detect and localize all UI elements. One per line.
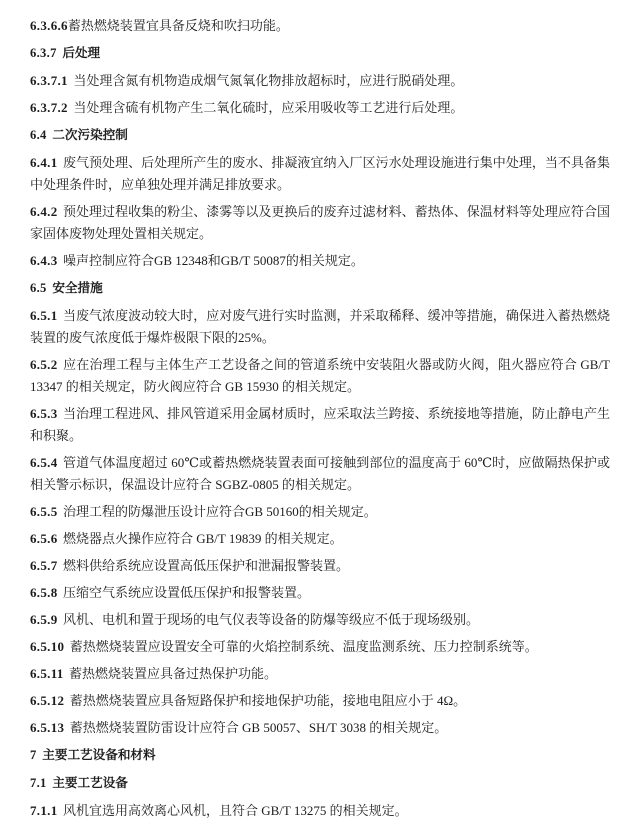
clause-paragraph: 6.3.7.2当处理含硫有机物产生二氧化硫时，应采用吸收等工艺进行后处理。: [30, 97, 610, 119]
clause-text: 压缩空气系统应设置低压保护和报警装置。: [63, 585, 310, 600]
clause-number: 6.3.6.6: [30, 18, 68, 33]
clause-number: 6.4.3: [30, 253, 58, 268]
clause-paragraph: 6.3.7.1当处理含氮有机物造成烟气氮氧化物排放超标时，应进行脱硝处理。: [30, 70, 610, 92]
clause-number: 6.5.4: [30, 455, 58, 470]
clause-number: 6.5.10: [30, 639, 64, 654]
clause-paragraph: 7.1主要工艺设备: [30, 772, 610, 794]
clause-number: 6.4.2: [30, 204, 58, 219]
clause-paragraph: 6.5.8压缩空气系统应设置低压保护和报警装置。: [30, 582, 610, 604]
clause-number: 6.5.5: [30, 504, 58, 519]
clause-number: 6.5.9: [30, 612, 58, 627]
clause-number: 6.5.1: [30, 308, 58, 323]
clause-text: 风机、电机和置于现场的电气仪表等设备的防爆等级应不低于现场级别。: [63, 612, 479, 627]
clause-text: 蓄热燃烧装置宜具备反烧和吹扫功能。: [68, 18, 289, 33]
clause-paragraph: 6.4二次污染控制: [30, 124, 610, 146]
clause-paragraph: 6.5.2应在治理工程与主体生产工艺设备之间的管道系统中安装阻火器或防火阀，阻火…: [30, 354, 610, 398]
clause-number: 6.3.7: [30, 46, 57, 60]
clause-paragraph: 6.5.11蓄热燃烧装置应具备过热保护功能。: [30, 663, 610, 685]
clause-text: 主要工艺设备和材料: [42, 748, 155, 762]
clause-text: 燃料供给系统应设置高低压保护和泄漏报警装置。: [63, 558, 349, 573]
clause-number: 7.1: [30, 776, 47, 790]
clause-list: 6.3.6.6蓄热燃烧装置宜具备反烧和吹扫功能。 6.3.7后处理 6.3.7.…: [30, 15, 610, 822]
clause-number: 6.3.7.2: [30, 100, 68, 115]
clause-number: 6.4.1: [30, 155, 58, 170]
clause-number: 6.5.7: [30, 558, 58, 573]
clause-number: 7: [30, 748, 37, 762]
clause-number: 6.5.11: [30, 666, 64, 681]
clause-paragraph: 6.3.7后处理: [30, 42, 610, 64]
clause-paragraph: 6.5.3当治理工程进风、排风管道采用金属材质时，应采取法兰跨接、系统接地等措施…: [30, 403, 610, 447]
clause-text: 主要工艺设备: [52, 776, 128, 790]
clause-paragraph: 6.5.10蓄热燃烧装置应设置安全可靠的火焰控制系统、温度监测系统、压力控制系统…: [30, 636, 610, 658]
clause-text: 治理工程的防爆泄压设计应符合GB 50160的相关规定。: [63, 504, 377, 519]
clause-text: 当治理工程进风、排风管道采用金属材质时，应采取法兰跨接、系统接地等措施，防止静电…: [30, 406, 610, 443]
clause-paragraph: 6.5.1当废气浓度波动较大时，应对废气进行实时监测，并采取稀释、缓冲等措施，确…: [30, 305, 610, 349]
clause-text: 应在治理工程与主体生产工艺设备之间的管道系统中安装阻火器或防火阀，阻火器应符合 …: [30, 357, 610, 394]
clause-paragraph: 6.5.12蓄热燃烧装置应具备短路保护和接地保护功能，接地电阻应小于 4Ω。: [30, 690, 610, 712]
clause-text: 废气预处理、后处理所产生的废水、排凝液宜纳入厂区污水处理设施进行集中处理，当不具…: [30, 155, 610, 192]
clause-number: 6.5.3: [30, 406, 58, 421]
clause-text: 燃烧器点火操作应符合 GB/T 19839 的相关规定。: [63, 531, 343, 546]
clause-number: 6.5.2: [30, 357, 58, 372]
clause-number: 6.5: [30, 281, 47, 295]
clause-number: 6.5.6: [30, 531, 58, 546]
clause-paragraph: 7主要工艺设备和材料: [30, 744, 610, 766]
clause-text: 蓄热燃烧装置防雷设计应符合 GB 50057、SH/T 3038 的相关规定。: [70, 720, 448, 735]
clause-paragraph: 6.4.2预处理过程收集的粉尘、漆雾等以及更换后的废弃过滤材料、蓄热体、保温材料…: [30, 201, 610, 245]
clause-paragraph: 6.4.1废气预处理、后处理所产生的废水、排凝液宜纳入厂区污水处理设施进行集中处…: [30, 152, 610, 196]
clause-paragraph: 6.4.3噪声控制应符合GB 12348和GB/T 50087的相关规定。: [30, 250, 610, 272]
clause-text: 预处理过程收集的粉尘、漆雾等以及更换后的废弃过滤材料、蓄热体、保温材料等处理应符…: [30, 204, 610, 241]
clause-text: 安全措施: [52, 281, 102, 295]
clause-text: 管道气体温度超过 60℃或蓄热燃烧装置表面可接触到部位的温度高于 60℃时，应做…: [30, 455, 610, 492]
document-page: 6.3.6.6蓄热燃烧装置宜具备反烧和吹扫功能。 6.3.7后处理 6.3.7.…: [0, 0, 640, 832]
clause-paragraph: 6.5.9风机、电机和置于现场的电气仪表等设备的防爆等级应不低于现场级别。: [30, 609, 610, 631]
clause-paragraph: 7.1.1风机宜选用高效离心风机，且符合 GB/T 13275 的相关规定。: [30, 800, 610, 822]
clause-text: 蓄热燃烧装置应设置安全可靠的火焰控制系统、温度监测系统、压力控制系统等。: [70, 639, 538, 654]
clause-paragraph: 6.5.13蓄热燃烧装置防雷设计应符合 GB 50057、SH/T 3038 的…: [30, 717, 610, 739]
clause-paragraph: 6.3.6.6蓄热燃烧装置宜具备反烧和吹扫功能。: [30, 15, 610, 37]
clause-text: 风机宜选用高效离心风机，且符合 GB/T 13275 的相关规定。: [63, 803, 408, 818]
clause-number: 6.5.12: [30, 693, 64, 708]
clause-text: 二次污染控制: [52, 128, 128, 142]
clause-text: 蓄热燃烧装置应具备短路保护和接地保护功能，接地电阻应小于 4Ω。: [70, 693, 466, 708]
clause-text: 当废气浓度波动较大时，应对废气进行实时监测，并采取稀释、缓冲等措施，确保进入蓄热…: [30, 308, 610, 345]
clause-text: 当处理含氮有机物造成烟气氮氧化物排放超标时，应进行脱硝处理。: [73, 73, 463, 88]
clause-text: 噪声控制应符合GB 12348和GB/T 50087的相关规定。: [63, 253, 364, 268]
clause-paragraph: 6.5.5治理工程的防爆泄压设计应符合GB 50160的相关规定。: [30, 501, 610, 523]
clause-number: 6.5.13: [30, 720, 64, 735]
clause-number: 6.3.7.1: [30, 73, 68, 88]
clause-paragraph: 6.5安全措施: [30, 277, 610, 299]
clause-paragraph: 6.5.4管道气体温度超过 60℃或蓄热燃烧装置表面可接触到部位的温度高于 60…: [30, 452, 610, 496]
clause-paragraph: 6.5.6燃烧器点火操作应符合 GB/T 19839 的相关规定。: [30, 528, 610, 550]
clause-text: 蓄热燃烧装置应具备过热保护功能。: [69, 666, 277, 681]
clause-number: 6.5.8: [30, 585, 58, 600]
clause-number: 6.4: [30, 128, 47, 142]
clause-text: 后处理: [62, 46, 100, 60]
clause-paragraph: 6.5.7燃料供给系统应设置高低压保护和泄漏报警装置。: [30, 555, 610, 577]
clause-number: 7.1.1: [30, 803, 58, 818]
clause-text: 当处理含硫有机物产生二氧化硫时，应采用吸收等工艺进行后处理。: [73, 100, 463, 115]
